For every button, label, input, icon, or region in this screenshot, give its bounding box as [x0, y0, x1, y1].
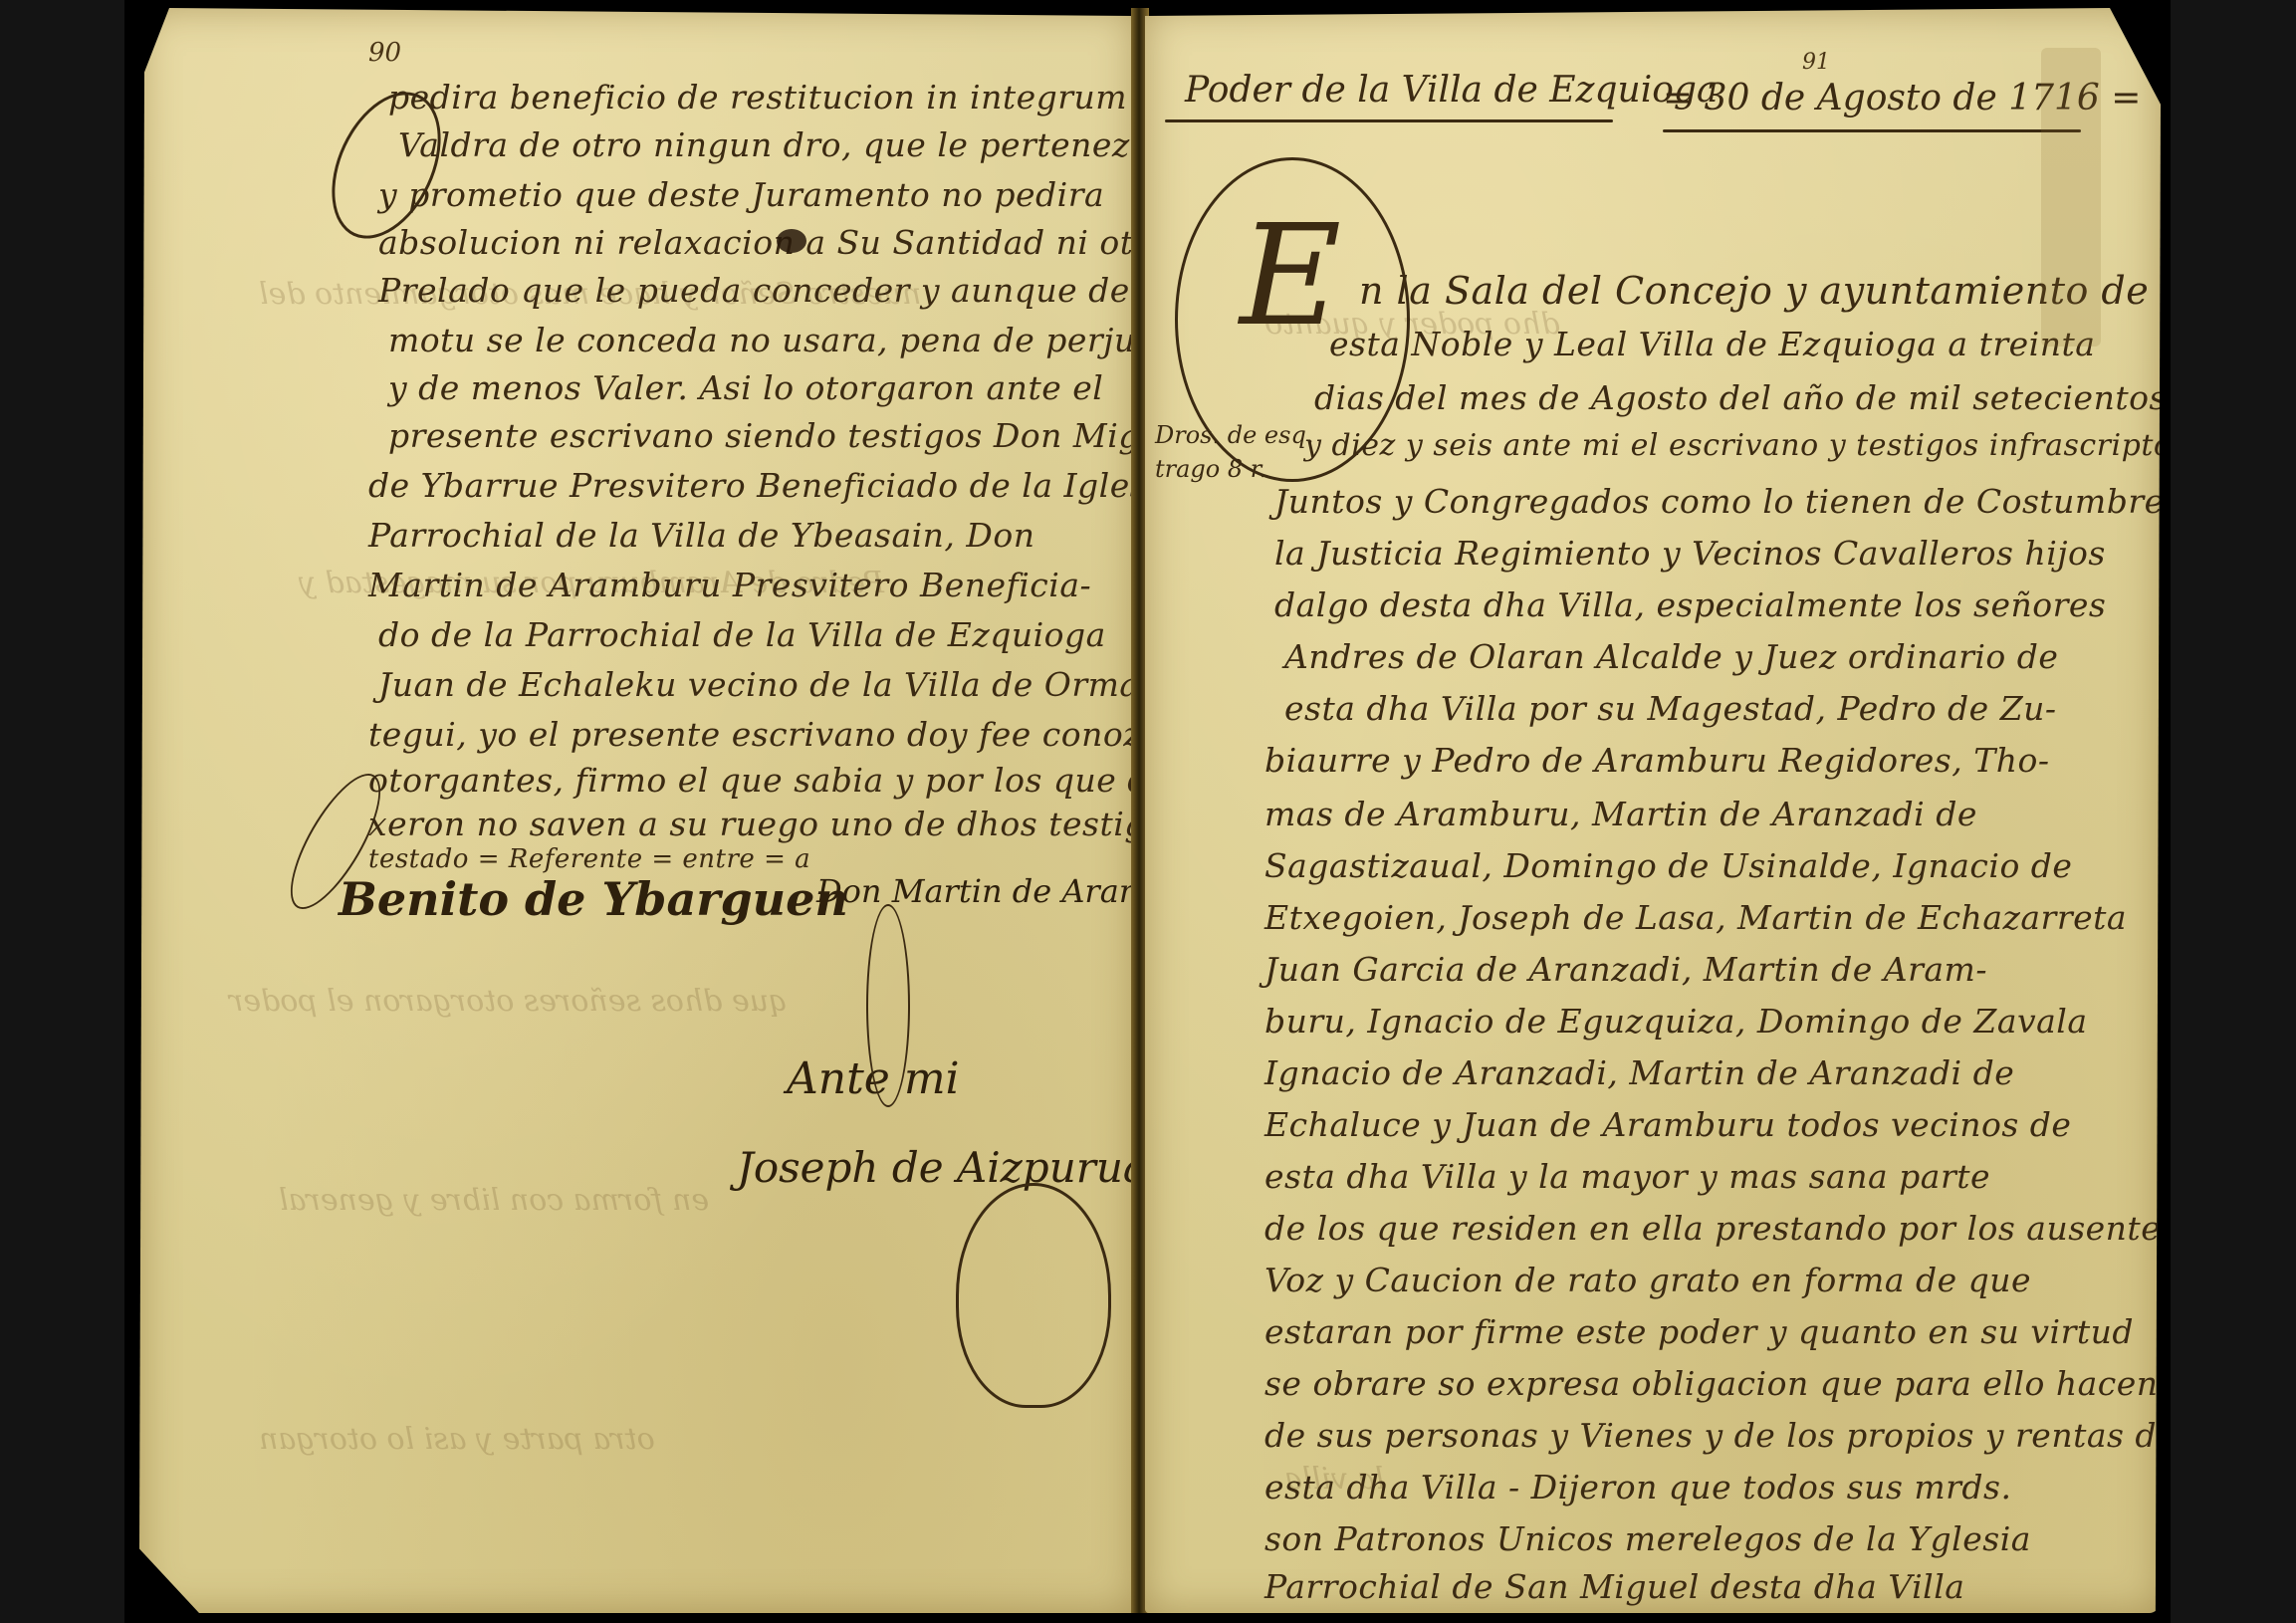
paper-crease [2041, 48, 2101, 347]
text-line: de Ybarrue Presvitero Beneficiado de la … [368, 466, 1135, 505]
text-line: absolucion ni relaxacion a Su Santidad n… [378, 223, 1135, 262]
text-line: son Patronos Unicos merelegos de la Ygle… [1264, 1519, 2031, 1558]
text-line: biaurre y Pedro de Aramburu Regidores, T… [1264, 741, 2049, 780]
margin-note: Dros. de esq. trago 8 r. [1155, 418, 1313, 486]
text-line: Etxegoien, Joseph de Lasa, Martin de Ech… [1264, 898, 2127, 937]
ink-blot [777, 229, 806, 253]
text-line: pedira beneficio de restitucion in integ… [388, 78, 1135, 116]
bleed-through-text: que dhos señores otorgaron el poder [229, 984, 788, 1019]
title-underline [1165, 119, 1613, 122]
text-line: la Justicia Regimiento y Vecinos Cavalle… [1274, 534, 2106, 573]
margin-note-line: trago 8 r. [1155, 452, 1313, 486]
drop-initial: E [1240, 207, 1341, 347]
text-line: n la Sala del Concejo y ayuntamiento de [1359, 269, 2149, 313]
bleed-through-text: en forma con libre y general [279, 1183, 709, 1218]
left-page: nuestro Señor y hace mas otorgamiento de… [139, 8, 1135, 1613]
text-line: Sagastizaual, Domingo de Usinalde, Ignac… [1264, 846, 2072, 885]
text-line: esta dha Villa - Dijeron que todos sus m… [1264, 1468, 2011, 1507]
text-line: estaran por firme este poder y quanto en… [1264, 1312, 2134, 1351]
text-line: se obrare so expresa obligacion que para… [1264, 1364, 2159, 1403]
text-line: presente escrivano siendo testigos Don M… [388, 416, 1135, 455]
text-line: Juan de Echaleku vecino de la Villa de O… [378, 665, 1135, 704]
rubric-loop [956, 1183, 1111, 1408]
text-line: Parrochial de San Miguel desta dha Villa [1264, 1567, 1964, 1606]
signature-benito: Benito de Ybarguen [339, 872, 848, 926]
viewer-side-bar-left [0, 0, 124, 1623]
text-line: tegui, yo el presente escrivano doy fee … [368, 715, 1135, 754]
open-manuscript: nuestro Señor y hace mas otorgamiento de… [139, 8, 2161, 1613]
text-line: Echaluce y Juan de Aramburu todos vecino… [1264, 1105, 2071, 1144]
text-line: Ignacio de Aranzadi, Martin de Aranzadi … [1264, 1053, 2014, 1092]
text-line: de los que residen en ella prestando por… [1264, 1209, 2161, 1248]
text-line: otorgantes, firmo el que sabia y por los… [368, 761, 1135, 800]
text-line: esta dha Villa y la mayor y mas sana par… [1264, 1157, 1990, 1196]
signature-martin: Don Martin de Aramburu [816, 872, 1135, 910]
text-line: Juntos y Congregados como lo tienen de C… [1274, 482, 2161, 521]
margin-note-line: Dros. de esq. [1155, 418, 1313, 452]
text-line: dalgo desta dha Villa, especialmente los… [1274, 585, 2106, 624]
right-page: dho poder y quanto la villa Poder de la … [1145, 8, 2161, 1613]
text-line: y de menos Valer. Asi lo otorgaron ante … [388, 368, 1103, 407]
text-line: do de la Parrochial de la Villa de Ezqui… [378, 615, 1106, 654]
text-line: esta dha Villa por su Magestad, Pedro de… [1284, 689, 2057, 728]
text-line: y prometio que deste Juramento no pedira [378, 175, 1104, 214]
text-line: motu se le conceda no usara, pena de per… [388, 321, 1135, 359]
folio-number: 91 [1802, 50, 1830, 75]
text-line: mas de Aramburu, Martin de Aranzadi de [1264, 795, 1977, 833]
text-line: dias del mes de Agosto del año de mil se… [1314, 378, 2161, 417]
text-line: Valdra de otro ningun dro, que le perten… [398, 125, 1135, 164]
bleed-through-text: otra parte y asi lo otorgan [259, 1422, 655, 1457]
text-line: Martin de Aramburu Presvitero Beneficia- [368, 566, 1091, 604]
text-line: y diez y seis ante mi el escrivano y tes… [1304, 428, 2161, 463]
viewer-side-bar-right [2171, 0, 2296, 1623]
text-line: Voz y Caucion de rato grato en forma de … [1264, 1261, 2031, 1299]
text-line: Prelado que le pueda conceder y aunque d… [378, 271, 1135, 310]
rubric-stroke [866, 904, 910, 1107]
text-line: de sus personas y Vienes y de los propio… [1264, 1416, 2161, 1455]
text-line: Parrochial de la Villa de Ybeasain, Don [368, 516, 1035, 555]
text-line: xeron no saven a su ruego uno de dhos te… [368, 805, 1135, 843]
text-line: Juan Garcia de Aranzadi, Martin de Aram- [1264, 950, 1987, 989]
text-line: esta Noble y Leal Villa de Ezquioga a tr… [1329, 325, 2095, 363]
text-line: buru, Ignacio de Eguzquiza, Domingo de Z… [1264, 1002, 2088, 1041]
document-title: Poder de la Villa de Ezquioga [1185, 70, 1718, 111]
text-line: testado = Referente = entre = a [368, 844, 810, 874]
date-underline [1663, 129, 2081, 132]
folio-number: 90 [368, 38, 401, 68]
signature-notary: Joseph de Aizpurua [737, 1143, 1135, 1192]
text-line: Andres de Olaran Alcalde y Juez ordinari… [1284, 637, 2058, 676]
